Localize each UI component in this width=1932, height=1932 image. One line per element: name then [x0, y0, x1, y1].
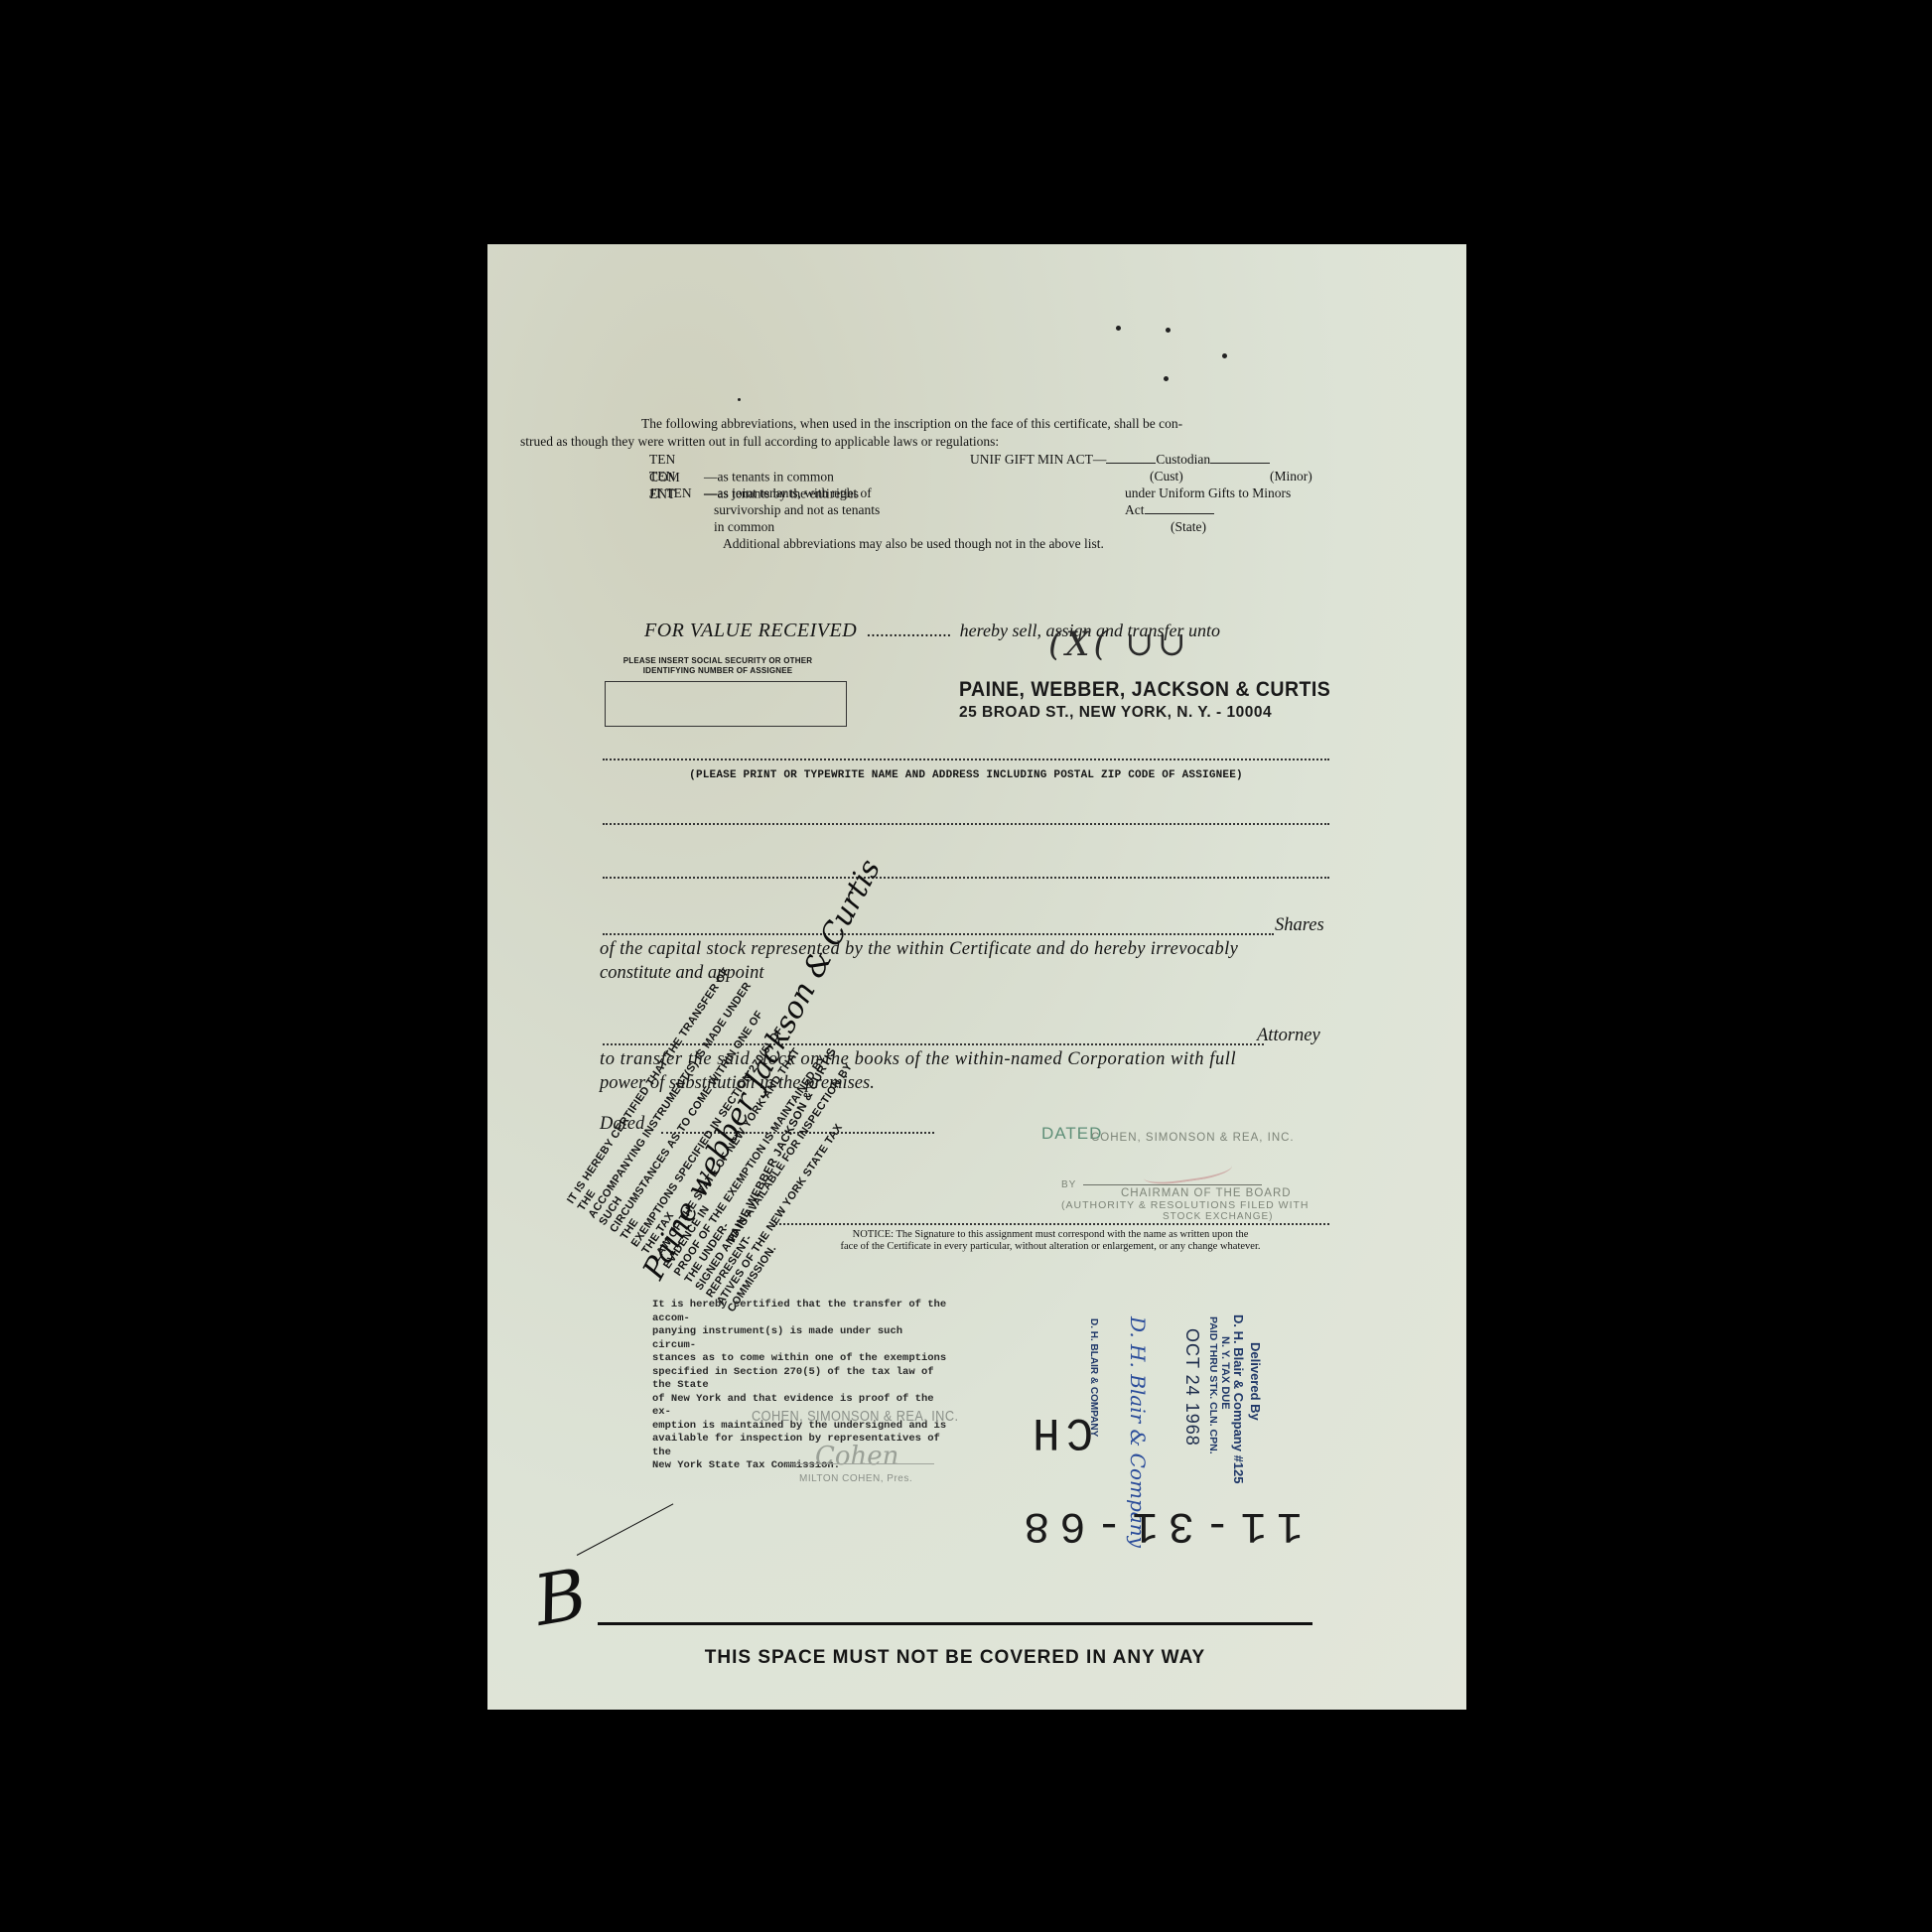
assignee-stamp-name: PAINE, WEBBER, JACKSON & CURTIS — [959, 678, 1330, 702]
assignee-address-line-1[interactable] — [603, 823, 1329, 825]
by-label: BY — [1061, 1179, 1076, 1190]
jt-ten-continued-1: survivorship and not as tenants — [714, 501, 880, 519]
assignee-address-line-2[interactable] — [603, 877, 1329, 879]
chairman-title: CHAIRMAN OF THE BOARD — [1121, 1187, 1292, 1199]
paid-thru-label: PAID THRU STK. CLN. CPN. — [1207, 1316, 1219, 1454]
jt-ten-continued-2: in common — [714, 518, 774, 536]
act-line: Act — [1125, 501, 1214, 519]
under-uniform-gifts: under Uniform Gifts to Minors — [1125, 484, 1291, 502]
guarantor-red-signature — [1142, 1152, 1233, 1187]
delivered-by-firm: D. H. Blair & Company #125 — [1231, 1314, 1246, 1484]
csr-signature-line — [785, 1463, 934, 1464]
initial-stroke — [577, 1503, 674, 1556]
authority-note-1: (AUTHORITY & RESOLUTIONS FILED WITH — [1061, 1199, 1310, 1211]
delivery-date: OCT 24 1968 — [1181, 1328, 1202, 1447]
signature-notice: NOTICE: The Signature to this assignment… — [771, 1229, 1329, 1253]
minor-label: (Minor) — [1270, 468, 1312, 485]
abbreviations-intro-2: strued as though they were written out i… — [520, 433, 1235, 451]
additional-abbreviations-note: Additional abbreviations may also be use… — [723, 535, 1104, 553]
delivered-by-label: Delivered By — [1248, 1342, 1263, 1421]
abbreviation-jt-ten: JT TEN—as joint tenants, with right of — [649, 484, 872, 502]
punch-mark — [1164, 376, 1169, 381]
bottom-rule — [598, 1622, 1312, 1625]
punch-mark — [738, 398, 741, 401]
perforation-code: CH — [1027, 1406, 1093, 1457]
perforation-date: 11-31-68 — [1014, 1500, 1303, 1550]
ssn-label: PLEASE INSERT SOCIAL SECURITY OR OTHER I… — [599, 656, 837, 676]
shares-label: Shares — [1275, 915, 1324, 936]
stock-certificate-back: The following abbreviations, when used i… — [487, 244, 1466, 1710]
handwritten-initial: B — [528, 1553, 593, 1642]
punch-mark — [1166, 328, 1171, 333]
csr-signature: Cohen — [815, 1442, 898, 1471]
unif-gift-min-act: UNIF GIFT MIN ACT—Custodian — [970, 451, 1270, 469]
tax-due-label: N. Y. TAX DUE — [1219, 1336, 1231, 1410]
csr-signer-name: MILTON COHEN, Pres. — [799, 1473, 912, 1484]
signature-line[interactable] — [771, 1223, 1329, 1225]
assignee-name-line[interactable] — [603, 759, 1329, 760]
handwritten-code: (X( ∪∪ — [1048, 624, 1190, 664]
attorney-label: Attorney — [1257, 1026, 1320, 1046]
csr-firm-stamp: COHEN, SIMONSON & REA, INC. — [752, 1408, 958, 1425]
state-label: (State) — [1171, 518, 1206, 536]
punch-mark — [1116, 326, 1121, 331]
punch-mark — [1222, 353, 1227, 358]
assignee-stamp-address: 25 BROAD ST., NEW YORK, N. Y. - 10004 — [959, 704, 1272, 722]
do-not-cover-notice: THIS SPACE MUST NOT BE COVERED IN ANY WA… — [598, 1647, 1312, 1669]
guarantor-signature-line — [1083, 1184, 1262, 1185]
csr-tax-exemption-stamp: It is hereby certified that the transfer… — [652, 1299, 950, 1473]
ssn-input-box[interactable] — [605, 681, 847, 727]
capital-stock-text-1: of the capital stock represented by the … — [600, 939, 1238, 960]
abbreviations-intro-1: The following abbreviations, when used i… — [520, 415, 1235, 433]
cust-label: (Cust) — [1150, 468, 1183, 485]
shares-count-line[interactable] — [603, 933, 1274, 935]
guarantor-firm: COHEN, SIMONSON & REA, INC. — [1091, 1132, 1295, 1144]
abbreviations-block: The following abbreviations, when used i… — [520, 415, 1235, 450]
authority-note-2: STOCK EXCHANGE) — [1163, 1211, 1274, 1222]
print-name-caption: (PLEASE PRINT OR TYPEWRITE NAME AND ADDR… — [603, 769, 1329, 781]
